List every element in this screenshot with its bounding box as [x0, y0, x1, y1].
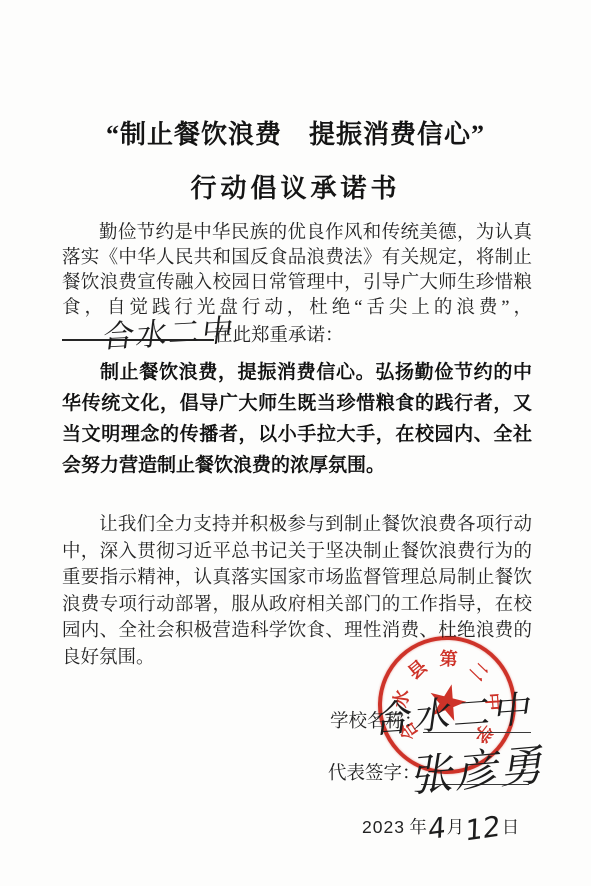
- representative-signature-label: 代表签字：: [328, 764, 421, 784]
- date-year-value: 2023: [362, 817, 405, 837]
- handwritten-school-name-inline: 合水二中: [65, 318, 237, 352]
- handwritten-date-month: 4: [427, 814, 446, 845]
- date-year-unit: 年: [409, 817, 427, 837]
- date-month-unit: 月: [447, 817, 465, 837]
- handwritten-date-day: 12: [465, 812, 501, 845]
- seal-arc-char: 第: [439, 645, 458, 672]
- date-line: 2023 年4月12日: [362, 814, 519, 843]
- document-title-line1: “制止餐饮浪费 提振消费信心”: [0, 114, 591, 151]
- paragraph-commitment-bold: 制止餐饮浪费，提振消费信心。弘扬勤俭节约的中华传统文化，倡导广大师生既当珍惜粮食…: [62, 357, 532, 481]
- school-name-signature-line: 合水二中: [423, 708, 531, 733]
- handwritten-representative-signature: 张彦勇: [408, 731, 552, 805]
- representative-signature-line: 张彦勇: [421, 760, 529, 785]
- document-page: “制止餐饮浪费 提振消费信心” 行动倡议承诺书 勤俭节约是中华民族的优良作风和传…: [0, 0, 591, 886]
- school-name-blank-line: 合水二中: [62, 321, 214, 341]
- paragraph-intro: 勤俭节约是中华民族的优良作风和传统美德，为认真落实《中华人民共和国反食品浪费法》…: [62, 221, 532, 349]
- document-title-line2: 行动倡议承诺书: [0, 168, 591, 205]
- representative-signature-row: 代表签字：张彦勇: [328, 759, 529, 785]
- paragraph-intro-lead: 勤俭节约是中华民族的优良作风和传统美德，为认真落实《中华人民共和国反食品浪费法》…: [62, 223, 532, 318]
- date-day-unit: 日: [502, 817, 520, 837]
- school-name-row: 学校名称：合水二中: [330, 707, 531, 733]
